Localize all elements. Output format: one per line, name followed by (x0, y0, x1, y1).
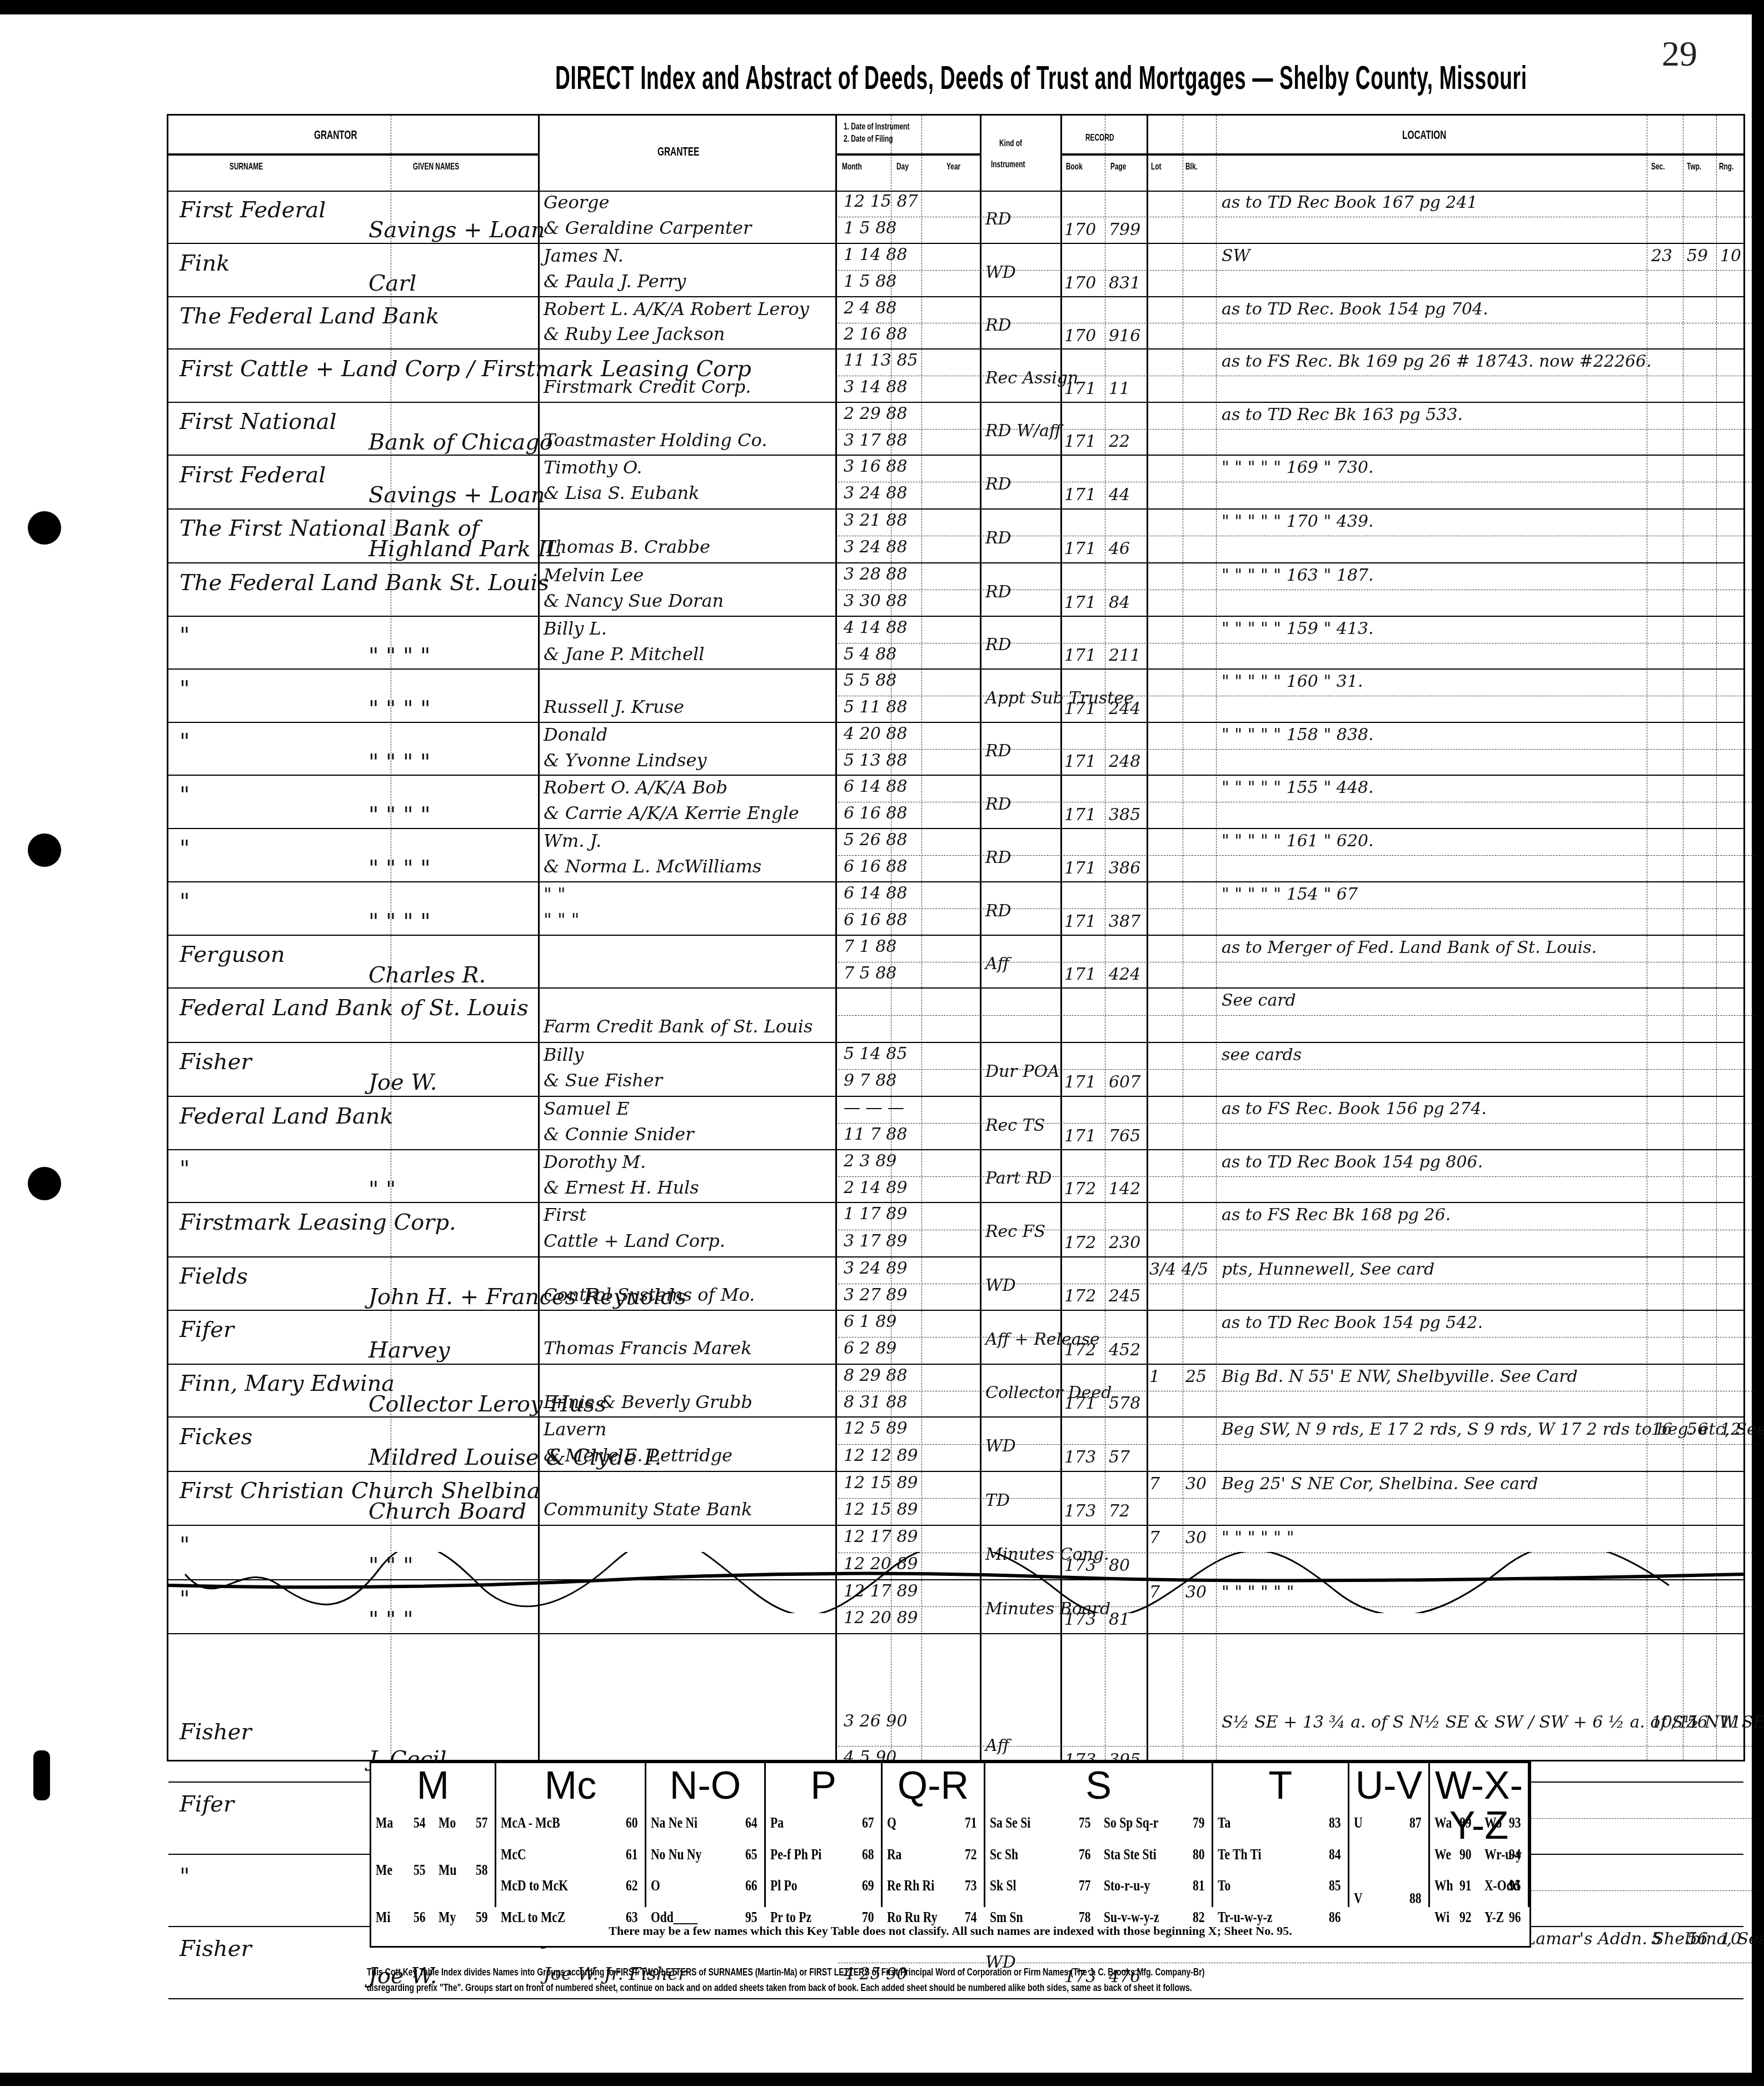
location-description: SW (1222, 246, 1250, 266)
key-entry-label: Te Th Ti (1218, 1846, 1261, 1863)
key-entry-sheet-number: 90 (1459, 1846, 1472, 1863)
key-entry-label: V (1354, 1890, 1363, 1907)
grantor-given-names: Harvey (368, 1338, 450, 1363)
date-of-instrument: 5 14 85 (844, 1044, 908, 1064)
record-book: 172 (1064, 1286, 1096, 1306)
key-entry-label: Me (376, 1862, 392, 1879)
grantee-line-2: & Sue Fisher (544, 1070, 662, 1091)
date-of-filing: 12 15 89 (844, 1500, 918, 1519)
key-entry-label: To (1218, 1877, 1230, 1894)
date-of-filing: 2 14 89 (844, 1178, 908, 1197)
grantor-surname: The Federal Land Bank (180, 303, 439, 329)
location-description: as to TD Rec. Book 154 pg 704. (1222, 300, 1488, 319)
grantor-surname: " (180, 1156, 190, 1182)
header-kind: Kind of (999, 138, 1022, 149)
kind-of-instrument: Rec TS (985, 1116, 1045, 1135)
grantee-line-2: Thomas B. Crabbe (544, 536, 710, 557)
record-book: 171 (1064, 593, 1096, 612)
binder-hole (28, 1167, 61, 1200)
key-entry-sheet-number: 64 (745, 1814, 758, 1832)
table-row: "" " " "Wm. J.& Norma L. McWilliams5 26 … (168, 829, 1743, 882)
table-row: The Federal Land Bank St. LouisMelvin Le… (168, 563, 1743, 617)
grantor-given-names: Carl (368, 271, 416, 296)
grantor-surname: Fickes (180, 1424, 252, 1450)
record-page: 245 (1109, 1286, 1140, 1306)
date-of-filing: 1 5 88 (844, 218, 896, 238)
grantee-line-1: Lavern (544, 1419, 606, 1440)
date-of-instrument: 7 1 88 (844, 937, 896, 956)
grantor-surname: First National (180, 409, 336, 435)
key-entry-label: Re Rh Ri (887, 1877, 934, 1894)
grantee-line-1: Dorothy M. (544, 1151, 646, 1172)
location-description: as to TD Rec Bk 163 pg 533. (1222, 405, 1463, 425)
key-group-letter: S (985, 1765, 1212, 1805)
date-of-instrument: 11 13 85 (844, 351, 918, 370)
location-description: " " " " " 159 " 413. (1222, 619, 1374, 638)
key-entry-sheet-number: 84 (1329, 1846, 1341, 1863)
record-book: 171 (1064, 485, 1096, 505)
date-of-instrument: 6 1 89 (844, 1312, 896, 1331)
key-entry-label: Odd____ (651, 1909, 697, 1926)
header-given-names: GIVEN NAMES (413, 161, 459, 172)
grantee-line-2: Farm Credit Bank of St. Louis (544, 1016, 813, 1037)
key-group: SSa Se Si75Sc Sh76Sk Sl77Sm Sn78So Sp Sq… (985, 1763, 1213, 1907)
record-page: 84 (1109, 593, 1130, 612)
table-row: FisherJoe W.Billy& Sue Fisher5 14 859 7 … (168, 1043, 1743, 1097)
location-description: " " " " " 170 " 439. (1222, 512, 1374, 531)
key-group-letter: U-V (1349, 1765, 1428, 1805)
table-row: Firstmark Leasing Corp.FirstCattle + Lan… (168, 1203, 1743, 1257)
grantor-surname: " (180, 1864, 190, 1889)
record-page: 248 (1109, 752, 1140, 771)
key-entry-label: No Nu Ny (651, 1846, 701, 1863)
grantor-surname: " (180, 889, 190, 915)
grantor-surname: First Federal (180, 197, 326, 223)
header-blk: Blk. (1185, 161, 1198, 172)
grantee-line-2: Cattle + Land Corp. (544, 1230, 725, 1251)
header-day: Day (896, 161, 909, 172)
key-entry-sheet-number: 63 (626, 1909, 638, 1926)
date-of-instrument: 3 26 90 (844, 1711, 908, 1731)
record-page: 386 (1109, 859, 1140, 878)
key-entry-sheet-number: 86 (1329, 1909, 1341, 1926)
record-book: 172 (1064, 1179, 1096, 1199)
record-book: 171 (1064, 539, 1096, 558)
record-book: 171 (1064, 1126, 1096, 1146)
date-of-filing: 5 11 88 (844, 697, 908, 717)
record-page: 142 (1109, 1179, 1140, 1199)
date-of-instrument: 5 26 88 (844, 830, 908, 850)
grantee-line-1: First (544, 1204, 586, 1225)
location-description: " " " " " 163 " 187. (1222, 566, 1374, 585)
grantee-line-2: & Geraldine Carpenter (544, 217, 751, 238)
table-row: "" " " "Russell J. Kruse5 5 885 11 88App… (168, 670, 1743, 723)
location-lot: 7 (1149, 1528, 1160, 1548)
key-entry-sheet-number: 62 (626, 1877, 638, 1894)
grantor-given-names: " " " " (368, 802, 431, 828)
date-of-filing: 6 16 88 (844, 857, 908, 876)
grantor-given-names: Bank of Chicago (368, 430, 553, 455)
record-page: 799 (1109, 220, 1140, 239)
date-of-instrument: 3 16 88 (844, 457, 908, 476)
row-subdivider (838, 1391, 1755, 1391)
table-row: First Cattle + Land Corp / Firstmark Lea… (168, 350, 1743, 403)
key-entry-label: Wi (1434, 1909, 1449, 1926)
kind-of-instrument: RD W/aff (985, 421, 1061, 441)
page-number: 29 (1662, 33, 1697, 74)
grantee-line-2: Community State Bank (544, 1499, 752, 1520)
key-group: MMa54Me55Mi56Mo57Mu58My59 (371, 1763, 496, 1907)
location-description: as to FS Rec. Bk 169 pg 26 # 18743. now … (1222, 352, 1652, 371)
row-subdivider (838, 376, 1755, 376)
location-lot: 1 (1149, 1367, 1160, 1386)
key-entry-sheet-number: 75 (1079, 1814, 1091, 1832)
date-of-filing: 6 16 88 (844, 804, 908, 823)
kind-of-instrument: Aff (985, 1736, 1009, 1755)
record-book: 171 (1064, 859, 1096, 878)
record-page: 916 (1109, 326, 1140, 346)
kind-of-instrument: RD (985, 528, 1011, 548)
grantee-line-1: Samuel E (544, 1098, 630, 1119)
kind-of-instrument: RD (985, 582, 1011, 602)
record-page: 452 (1109, 1340, 1140, 1360)
header-sec: Sec. (1651, 161, 1665, 172)
location-description: as to Merger of Fed. Land Bank of St. Lo… (1222, 938, 1597, 957)
row-subdivider (838, 749, 1755, 750)
grantee-line-2: & Connie Snider (544, 1124, 694, 1145)
row-subdivider (838, 962, 1755, 962)
kind-of-instrument: RD (985, 475, 1011, 494)
key-entry-label: Pr to Pz (770, 1909, 811, 1926)
key-entry-label: Tr-u-w-y-z (1218, 1909, 1272, 1926)
grantee-line-2: Ennis & Beverly Grubb (544, 1391, 753, 1413)
grantor-given-names: " " (368, 1177, 396, 1202)
grantor-surname: The Federal Land Bank St. Louis (180, 570, 549, 596)
footer-instructions: This Cott Key Table Index divides Names … (367, 1964, 1533, 1995)
ledger-table: GRANTOR SURNAME GIVEN NAMES GRANTEE 1. D… (167, 114, 1745, 1761)
location-rng: 10 (1720, 246, 1741, 266)
record-book: 171 (1064, 805, 1096, 825)
grantor-surname: " (180, 729, 190, 755)
date-of-filing: 2 16 88 (844, 325, 908, 344)
grantee-line-2: & Carrie A/K/A Kerrie Engle (544, 802, 799, 824)
grantor-surname: Federal Land Bank (180, 1104, 393, 1129)
record-page: 11 (1109, 379, 1130, 398)
record-book: 171 (1064, 965, 1096, 984)
key-entry-sheet-number: 71 (965, 1814, 977, 1832)
table-row: Federal Land Bank of St. LouisFarm Credi… (168, 989, 1743, 1043)
key-group-letter: W-X-Y-Z (1430, 1765, 1528, 1845)
location-description: as to TD Rec Book 154 pg 806. (1222, 1152, 1483, 1172)
date-of-filing: 3 14 88 (844, 377, 908, 397)
cott-key-table: There may be a few names which this Key … (370, 1761, 1531, 1948)
date-of-instrument: 5 5 88 (844, 671, 896, 690)
kind-of-instrument: Part RD (985, 1169, 1052, 1188)
key-entry-label: Wh (1434, 1877, 1453, 1894)
header-divider (835, 153, 980, 156)
date-of-instrument: 6 14 88 (844, 884, 908, 903)
date-of-filing: 3 17 89 (844, 1231, 908, 1251)
grantee-line-2: Control Systems of Mo. (544, 1284, 755, 1305)
key-entry-label: McD to McK (501, 1877, 568, 1894)
grantee-line-1: Donald (544, 724, 607, 745)
location-twp: 56 (1687, 1713, 1708, 1732)
key-entry-label: Mi (376, 1909, 390, 1926)
date-of-instrument: — — — (844, 1098, 904, 1117)
grantor-given-names: " " " " (368, 750, 430, 775)
key-entry-sheet-number: 73 (965, 1877, 977, 1894)
row-subdivider (838, 802, 1755, 802)
header-rng: Rng. (1719, 161, 1733, 172)
record-page: 57 (1109, 1448, 1130, 1467)
grantee-line-1: George (544, 192, 609, 213)
grantor-given-names: Joe W. (368, 1070, 437, 1095)
grantor-given-names: " " " " (368, 909, 431, 935)
record-page: 831 (1109, 273, 1140, 293)
header-date-instrument: 1. Date of Instrument (844, 121, 909, 132)
grantor-surname: Firstmark Leasing Corp. (180, 1210, 456, 1235)
table-row: FiferHarveyThomas Francis Marek6 1 896 2… (168, 1311, 1743, 1365)
key-entry-sheet-number: 76 (1079, 1846, 1091, 1863)
kind-of-instrument: TD (985, 1491, 1010, 1510)
key-entry-sheet-number: 54 (413, 1814, 426, 1832)
row-subdivider (838, 1015, 1755, 1016)
location-sec: 23 (1651, 246, 1672, 266)
grantor-surname: Fifer (180, 1791, 234, 1817)
location-blk: 30 (1185, 1474, 1207, 1494)
kind-of-instrument: RD (985, 316, 1011, 335)
date-of-filing: 8 31 88 (844, 1393, 908, 1412)
location-description: Big Bd. N 55' E NW, Shelbyville. See Car… (1222, 1367, 1578, 1386)
grantor-given-names: " " " " (368, 696, 431, 722)
key-entry-label: Sta Ste Sti (1104, 1846, 1157, 1863)
key-entry-label: Wo (1484, 1814, 1502, 1832)
key-entry-sheet-number: 91 (1459, 1877, 1472, 1894)
key-entry-label: O (651, 1877, 660, 1894)
location-rng: 11 (1720, 1713, 1741, 1732)
key-entry-sheet-number: 67 (862, 1814, 874, 1832)
header-location: LOCATION (1402, 128, 1446, 142)
key-entry-label: McC (501, 1846, 526, 1863)
date-of-instrument: 2 3 89 (844, 1151, 896, 1171)
table-row: "" " " "Billy L.& Jane P. Mitchell4 14 8… (168, 617, 1743, 670)
key-entry-sheet-number: 69 (862, 1877, 874, 1894)
kind-of-instrument: WD (985, 263, 1016, 282)
table-row: "" "Dorothy M.& Ernest H. Huls2 3 892 14… (168, 1150, 1743, 1203)
header-divider (168, 153, 538, 156)
location-description: " " " " " " (1222, 1528, 1294, 1548)
grantee-line-2: " " " (544, 909, 580, 930)
grantor-given-names: Savings + Loan (368, 217, 545, 243)
record-book: 171 (1064, 1072, 1096, 1092)
grantor-surname: Fink (180, 251, 230, 276)
record-book: 171 (1064, 752, 1096, 771)
table-row: The First National Bank ofHighland Park … (168, 510, 1743, 564)
row-subdivider (838, 270, 1755, 271)
key-entry-sheet-number: 57 (476, 1814, 488, 1832)
key-entry-label: Pa (770, 1814, 784, 1832)
date-of-filing: 9 7 88 (844, 1071, 896, 1090)
date-of-instrument: 4 14 88 (844, 618, 908, 637)
row-subdivider (838, 1284, 1755, 1284)
key-entry-label: McA - McB (501, 1814, 560, 1832)
record-book: 171 (1064, 646, 1096, 665)
location-rng: 10 (1720, 1929, 1741, 1949)
grantor-surname: Fifer (180, 1317, 234, 1343)
table-row: The Federal Land BankRobert L. A/K/A Rob… (168, 297, 1743, 350)
header-lot: Lot (1151, 161, 1162, 172)
row-subdivider (838, 590, 1755, 590)
grantee-line-2: & Nancy Sue Doran (544, 590, 724, 611)
location-description: Beg 25' S NE Cor, Shelbina. See card (1222, 1474, 1538, 1494)
kind-of-instrument: RD (985, 209, 1011, 229)
key-entry-sheet-number: 55 (413, 1862, 426, 1879)
grantee-line-1: " " (544, 884, 566, 905)
key-entry-sheet-number: 85 (1329, 1877, 1341, 1894)
record-book: 170 (1064, 220, 1096, 239)
date-of-filing: 12 12 89 (844, 1446, 918, 1465)
grantor-surname: Fisher (180, 1936, 252, 1962)
grantee-line-1: Billy L. (544, 618, 607, 639)
key-entry-sheet-number: 58 (476, 1862, 488, 1879)
date-of-filing: 7 5 88 (844, 964, 896, 983)
location-lot: 7 (1149, 1474, 1160, 1494)
record-book: 171 (1064, 379, 1096, 398)
scan-right-border (1752, 0, 1764, 2086)
header-surname: SURNAME (230, 161, 263, 172)
grantee-line-2: & Yvonne Lindsey (544, 750, 706, 771)
location-sec: 16 (1651, 1420, 1672, 1439)
location-sec: 5 (1651, 1929, 1662, 1949)
kind-of-instrument: RD (985, 635, 1011, 655)
kind-of-instrument: RD (985, 901, 1011, 921)
date-of-instrument: 12 17 89 (844, 1527, 918, 1546)
key-entry-sheet-number: 61 (626, 1846, 638, 1863)
header-year: Year (946, 161, 960, 172)
record-book: 171 (1064, 1394, 1096, 1413)
date-of-instrument: 6 14 88 (844, 777, 908, 796)
kind-of-instrument: RD (985, 741, 1011, 761)
grantor-surname: Ferguson (180, 942, 285, 967)
grantee-line-1: Wm. J. (544, 830, 601, 851)
location-description: as to FS Rec Bk 168 pg 26. (1222, 1205, 1451, 1225)
key-entry-label: Sm Sn (990, 1909, 1023, 1926)
row-subdivider (838, 1444, 1755, 1445)
grantor-surname: " (180, 836, 190, 861)
date-of-filing: 3 17 88 (844, 431, 908, 450)
grantee-line-1: Melvin Lee (544, 565, 644, 586)
row-subdivider (838, 1337, 1755, 1338)
grantee-line-2: & Paula J. Perry (544, 271, 686, 292)
record-page: 765 (1109, 1126, 1140, 1146)
grantor-surname: Federal Land Bank of St. Louis (180, 995, 529, 1021)
row-subdivider (838, 217, 1755, 217)
binder-hole (28, 834, 61, 867)
key-group: McMcA - McB60McC61McD to McK62McL to McZ… (496, 1763, 646, 1907)
grantee-line-2: Russell J. Kruse (544, 696, 684, 717)
record-book: 170 (1064, 326, 1096, 346)
header-book: Book (1066, 161, 1083, 172)
key-group: N-ONa Ne Ni64No Nu Ny65O66Odd____95 (646, 1763, 766, 1907)
key-entry-sheet-number: 87 (1409, 1814, 1422, 1832)
record-page: 578 (1109, 1394, 1140, 1413)
key-entry-label: McL to McZ (501, 1909, 565, 1926)
grantee-line-2: & Lisa S. Eubank (544, 482, 699, 503)
grantee-line-1: Robert O. A/K/A Bob (544, 777, 727, 798)
grantee-line-1: Timothy O. (544, 457, 642, 478)
key-group: TTa83Te Th Ti84To85Tr-u-w-y-z86 (1213, 1763, 1349, 1907)
row-subdivider (838, 536, 1755, 536)
date-of-filing: 6 2 89 (844, 1339, 896, 1358)
table-row: FickesMildred Louise & Clyde P.Lavern& M… (168, 1418, 1743, 1472)
key-group-letter: T (1213, 1765, 1348, 1805)
location-twp: 56 (1687, 1420, 1708, 1439)
location-blk: 25 (1185, 1367, 1207, 1386)
grantee-line-2: & Ernest H. Huls (544, 1177, 699, 1198)
grantor-surname: " (180, 782, 190, 808)
date-of-filing: 11 7 88 (844, 1125, 908, 1144)
key-entry-label: Pl Po (770, 1877, 798, 1894)
key-entry-sheet-number: 82 (1193, 1909, 1205, 1926)
record-book: 171 (1064, 432, 1096, 451)
key-entry-sheet-number: 94 (1509, 1846, 1521, 1863)
record-book: 170 (1064, 273, 1096, 293)
table-row: "" " " "Donald& Yvonne Lindsey4 20 885 1… (168, 723, 1743, 776)
grantor-surname: Fields (180, 1264, 248, 1289)
location-description: " " " " " 158 " 838. (1222, 725, 1374, 745)
table-row: Federal Land BankSamuel E& Connie Snider… (168, 1097, 1743, 1150)
record-book: 171 (1064, 699, 1096, 718)
grantee-line-2: & Jane P. Mitchell (544, 643, 704, 665)
header-instrument: Instrument (991, 159, 1025, 170)
record-page: 424 (1109, 965, 1140, 984)
record-book: 172 (1064, 1233, 1096, 1252)
row-subdivider (838, 429, 1755, 430)
key-entry-sheet-number: 60 (626, 1814, 638, 1832)
row-subdivider (838, 1746, 1755, 1746)
row-subdivider (838, 643, 1755, 643)
key-group-letter: Q-R (883, 1765, 984, 1805)
row-subdivider (838, 1176, 1755, 1177)
date-of-instrument: 1 17 89 (844, 1204, 908, 1224)
record-page: 211 (1109, 646, 1140, 665)
grantor-given-names: " " " " (368, 643, 430, 669)
table-row: FinkCarlJames N.& Paula J. Perry1 14 881… (168, 244, 1743, 297)
location-description: " " " " " 161 " 620. (1222, 831, 1374, 851)
key-entry-sheet-number: 74 (965, 1909, 977, 1926)
date-of-instrument: 1 14 88 (844, 245, 908, 265)
grantee-line-2: Thomas Francis Marek (544, 1338, 752, 1359)
row-subdivider (838, 1123, 1755, 1124)
date-of-instrument: 12 15 89 (844, 1473, 918, 1493)
record-page: 607 (1109, 1072, 1140, 1092)
grantee-line-1: Robert L. A/K/A Robert Leroy (544, 298, 809, 320)
grantee-line-2: & Ruby Lee Jackson (544, 323, 725, 345)
key-entry-sheet-number: 78 (1079, 1909, 1091, 1926)
date-of-filing: 5 13 88 (844, 751, 908, 770)
key-entry-sheet-number: 83 (1329, 1814, 1341, 1832)
table-row: First Christian Church ShelbinaChurch Bo… (168, 1472, 1743, 1526)
record-book: 173 (1064, 1448, 1096, 1467)
key-entry-label: Pe-f Ph Pi (770, 1846, 821, 1863)
cancel-wavy-line (168, 1552, 1743, 1613)
grantee-line-2: Firstmark Credit Corp. (544, 376, 751, 397)
record-page: 244 (1109, 699, 1140, 718)
grantor-surname: " (180, 676, 190, 702)
row-subdivider (838, 855, 1755, 856)
key-entry-sheet-number: 80 (1193, 1846, 1205, 1863)
kind-of-instrument: WD (985, 1276, 1016, 1295)
